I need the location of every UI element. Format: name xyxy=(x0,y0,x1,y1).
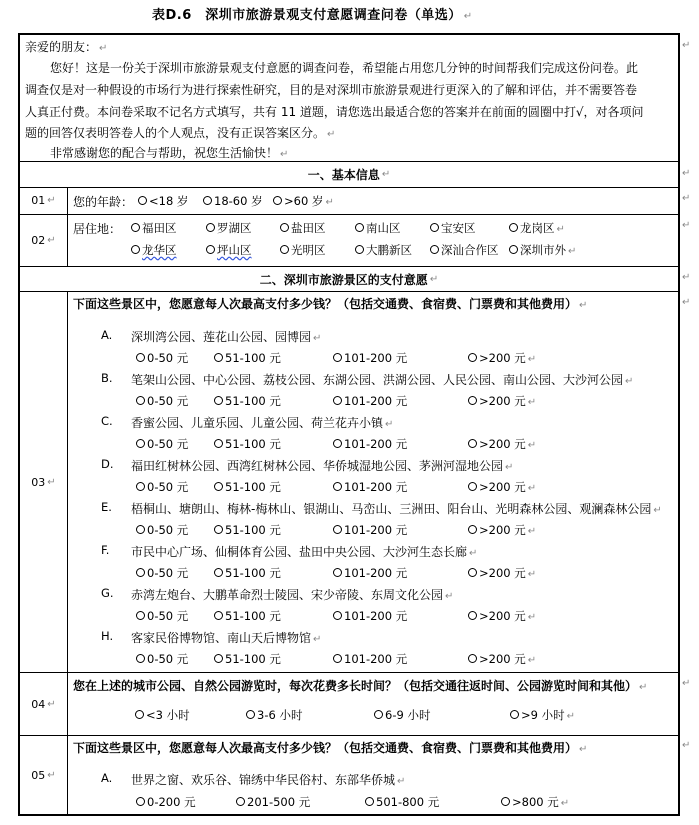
radio-circle-icon[interactable] xyxy=(468,396,477,405)
radio-circle-icon[interactable] xyxy=(136,525,145,534)
paragraph-mark-icon: ↵ xyxy=(469,548,477,559)
option-label: 101-200 元 xyxy=(344,609,407,623)
item-text: 笔架山公园、中心公园、荔枝公园、东湖公园、洪湖公园、人民公园、南山公园、大沙河公… xyxy=(131,373,623,387)
residence-option-baoan[interactable]: 宝安区 xyxy=(430,220,476,236)
item-letter: H. xyxy=(101,629,113,643)
price-option-101-200[interactable]: 101-200 元 xyxy=(333,608,407,624)
option-label: >200 元 xyxy=(479,566,526,580)
item-letter: A. xyxy=(101,771,112,785)
age-option-under-18[interactable]: <18 岁 xyxy=(138,193,188,209)
section-heading-basic-info: 一、基本信息↵ xyxy=(20,161,678,187)
radio-circle-icon[interactable] xyxy=(333,396,342,405)
radio-circle-icon[interactable] xyxy=(214,396,223,405)
section-heading-row: 一、基本信息↵ xyxy=(20,161,678,188)
option-label: 51-100 元 xyxy=(225,566,281,580)
item-letter: E. xyxy=(101,500,112,514)
price-option-51-100[interactable]: 51-100 元 xyxy=(214,393,281,409)
option-label: 0-50 元 xyxy=(147,566,188,580)
radio-circle-icon[interactable] xyxy=(214,353,223,362)
question-number: 05↵ xyxy=(20,736,68,814)
price-option-over-200[interactable]: >200 元↵ xyxy=(468,479,536,495)
option-label: >200 元 xyxy=(479,480,526,494)
price-option-over-200[interactable]: >200 元↵ xyxy=(468,608,536,624)
price-option-over-200[interactable]: >200 元↵ xyxy=(468,393,536,409)
residence-option-guangming[interactable]: 光明区 xyxy=(280,242,326,258)
question-row-03: 03↵ 下面这些景区中，您愿意每人次最高支付多少钱？（包括交通费、食宿费、门票费… xyxy=(20,292,678,673)
radio-circle-icon[interactable] xyxy=(214,568,223,577)
greeting: 亲爱的朋友：↵ xyxy=(25,38,107,55)
option-label: 101-200 元 xyxy=(344,652,407,666)
residence-option-yantian[interactable]: 盐田区 xyxy=(280,220,326,236)
price-option-0-50[interactable]: 0-50 元 xyxy=(136,436,188,452)
option-label: >200 元 xyxy=(479,437,526,451)
intro-paragraph-line: 题的回答仅表明答卷人的个人观点，没有正误答案区分。↵ xyxy=(25,124,335,141)
item-text: 福田红树林公园、西湾红树林公园、华侨城湿地公园、茅洲河湿地公园 xyxy=(131,459,503,473)
paragraph-mark-icon: ↵ xyxy=(528,569,536,580)
price-option-101-200[interactable]: 101-200 元 xyxy=(333,393,407,409)
option-label: 51-100 元 xyxy=(225,480,281,494)
paragraph-mark-icon: ↵ xyxy=(313,333,321,344)
option-label: >200 元 xyxy=(479,351,526,365)
radio-circle-icon[interactable] xyxy=(203,196,212,205)
price-option-0-50[interactable]: 0-50 元 xyxy=(136,522,188,538)
question-text: 下面这些景区中，您愿意每人次最高支付多少钱？（包括交通费、食宿费、门票费和其他费… xyxy=(73,739,587,756)
paragraph-mark-icon: ↵ xyxy=(682,297,690,308)
paragraph-mark-icon: ↵ xyxy=(625,376,633,387)
item-scenic-areas: 世界之窗、欢乐谷、锦绣中华民俗村、东部华侨城↵ xyxy=(131,771,405,788)
residence-option-outside-shenzhen[interactable]: 深圳市外↵ xyxy=(509,242,576,258)
item-letter: B. xyxy=(101,371,113,385)
paragraph-mark-icon: ↵ xyxy=(385,419,393,430)
option-label: >200 元 xyxy=(479,394,526,408)
paragraph-mark-icon: ↵ xyxy=(464,11,473,22)
option-label: 0-50 元 xyxy=(147,437,188,451)
radio-circle-icon[interactable] xyxy=(468,568,477,577)
residence-option-nanshan[interactable]: 南山区 xyxy=(355,220,401,236)
price-option-101-200[interactable]: 101-200 元 xyxy=(333,436,407,452)
radio-circle-icon[interactable] xyxy=(136,654,145,663)
radio-circle-icon[interactable] xyxy=(333,482,342,491)
residence-option-longgang[interactable]: 龙岗区↵ xyxy=(509,220,565,236)
time-option-6-9h[interactable]: 6-9 小时 xyxy=(374,707,430,723)
intro-row: 亲爱的朋友：↵ 您好！这是一份关于深圳市旅游景观支付意愿的调查问卷，希望能占用您… xyxy=(20,35,678,162)
radio-circle-icon[interactable] xyxy=(136,568,145,577)
item-text: 香蜜公园、儿童乐园、儿童公园、荷兰花卉小镇 xyxy=(131,416,383,430)
price-option-over-200[interactable]: >200 元↵ xyxy=(468,350,536,366)
price-option-over-800[interactable]: >800 元↵ xyxy=(501,794,569,810)
radio-circle-icon[interactable] xyxy=(214,482,223,491)
price-option-51-100[interactable]: 51-100 元 xyxy=(214,608,281,624)
thanks-line: 非常感谢您的配合与帮助，祝您生活愉快！↵ xyxy=(50,144,288,161)
radio-circle-icon[interactable] xyxy=(136,353,145,362)
radio-circle-icon[interactable] xyxy=(468,482,477,491)
intro-paragraph-line: 您好！这是一份关于深圳市旅游景观支付意愿的调查问卷，希望能占用您几分钟的时间帮我… xyxy=(50,59,638,76)
radio-circle-icon[interactable] xyxy=(333,568,342,577)
price-option-101-200[interactable]: 101-200 元 xyxy=(333,522,407,538)
paragraph-mark-icon: ↵ xyxy=(528,354,536,365)
item-scenic-areas: 福田红树林公园、西湾红树林公园、华侨城湿地公园、茅洲河湿地公园↵ xyxy=(131,457,513,474)
item-scenic-areas: 赤湾左炮台、大鹏革命烈士陵园、宋少帝陵、东周文化公园↵ xyxy=(131,586,453,603)
radio-circle-icon[interactable] xyxy=(333,611,342,620)
item-text: 市民中心广场、仙桐体育公园、盐田中央公园、大沙河生态长廊 xyxy=(131,545,467,559)
paragraph-mark-icon: ↵ xyxy=(682,678,690,689)
item-scenic-areas: 深圳湾公园、莲花山公园、园博园↵ xyxy=(131,328,321,345)
item-letter: F. xyxy=(101,543,109,557)
radio-circle-icon[interactable] xyxy=(136,611,145,620)
radio-circle-icon[interactable] xyxy=(136,439,145,448)
paragraph-mark-icon: ↵ xyxy=(682,272,690,283)
price-option-101-200[interactable]: 101-200 元 xyxy=(333,651,407,667)
document-title: 表D.6 深圳市旅游景观支付意愿调查问卷（单选）↵ xyxy=(152,4,473,23)
question-row-01: 01↵ 您的年龄： <18 岁 18-60 岁 >60 岁↵ xyxy=(20,187,678,215)
price-option-0-50[interactable]: 0-50 元 xyxy=(136,651,188,667)
paragraph-mark-icon: ↵ xyxy=(505,462,513,473)
paragraph-mark-icon: ↵ xyxy=(653,505,661,516)
radio-circle-icon[interactable] xyxy=(136,396,145,405)
paragraph-mark-icon: ↵ xyxy=(445,591,453,602)
item-letter: D. xyxy=(101,457,114,471)
paragraph-mark-icon: ↵ xyxy=(528,397,536,408)
time-option-under-3h[interactable]: <3 小时 xyxy=(135,707,190,723)
option-label: 101-200 元 xyxy=(344,394,407,408)
item-text: 梧桐山、塘朗山、梅林-梅林山、银湖山、马峦山、三洲田、阳台山、光明森林公园、观澜… xyxy=(131,502,651,516)
option-label: 51-100 元 xyxy=(225,351,281,365)
option-label: 51-100 元 xyxy=(225,609,281,623)
option-label: 51-100 元 xyxy=(225,437,281,451)
paragraph-mark-icon: ↵ xyxy=(313,634,321,645)
option-label: 0-50 元 xyxy=(147,351,188,365)
residence-label: 居住地： xyxy=(73,220,121,237)
radio-circle-icon[interactable] xyxy=(214,654,223,663)
residence-option-luohu[interactable]: 罗湖区 xyxy=(206,220,252,236)
price-option-101-200[interactable]: 101-200 元 xyxy=(333,479,407,495)
option-label: >200 元 xyxy=(479,609,526,623)
option-label: 0-50 元 xyxy=(147,609,188,623)
radio-circle-icon[interactable] xyxy=(136,482,145,491)
price-option-51-100[interactable]: 51-100 元 xyxy=(214,651,281,667)
item-text: 深圳湾公园、莲花山公园、园博园 xyxy=(131,330,311,344)
radio-circle-icon[interactable] xyxy=(214,611,223,620)
price-option-51-100[interactable]: 51-100 元 xyxy=(214,479,281,495)
age-option-18-60[interactable]: 18-60 岁 xyxy=(203,193,263,209)
option-label: 51-100 元 xyxy=(225,652,281,666)
option-label: 51-100 元 xyxy=(225,394,281,408)
option-label: 0-50 元 xyxy=(147,480,188,494)
paragraph-mark-icon: ↵ xyxy=(528,526,536,537)
price-option-501-800[interactable]: 501-800 元 xyxy=(365,794,439,810)
residence-option-dapeng[interactable]: 大鹏新区 xyxy=(355,242,412,258)
question-row-02: 02↵ 居住地： 福田区 罗湖区 盐田区 南山区 宝安区 龙岗区↵ 龙华区 坪山… xyxy=(20,215,678,267)
option-label: >200 元 xyxy=(479,652,526,666)
age-label: 您的年龄： xyxy=(73,193,133,210)
option-label: >200 元 xyxy=(479,523,526,537)
option-label: 0-50 元 xyxy=(147,523,188,537)
time-option-3-6h[interactable]: 3-6 小时 xyxy=(246,707,302,723)
question-number: 02↵ xyxy=(20,215,68,266)
price-option-0-50[interactable]: 0-50 元 xyxy=(136,608,188,624)
paragraph-mark-icon: ↵ xyxy=(682,220,690,231)
radio-circle-icon[interactable] xyxy=(468,654,477,663)
radio-circle-icon[interactable] xyxy=(468,439,477,448)
price-option-51-100[interactable]: 51-100 元 xyxy=(214,565,281,581)
price-option-101-200[interactable]: 101-200 元 xyxy=(333,350,407,366)
price-option-51-100[interactable]: 51-100 元 xyxy=(214,522,281,538)
price-option-51-100[interactable]: 51-100 元 xyxy=(214,436,281,452)
item-letter: C. xyxy=(101,414,113,428)
residence-option-longhua[interactable]: 龙华区 xyxy=(131,242,177,258)
paragraph-mark-icon: ↵ xyxy=(528,440,536,451)
paragraph-mark-icon: ↵ xyxy=(682,168,690,179)
item-letter: G. xyxy=(101,586,114,600)
option-label: 101-200 元 xyxy=(344,351,407,365)
time-option-over-9h[interactable]: >9 小时↵ xyxy=(510,707,575,723)
item-letter: A. xyxy=(101,328,112,342)
price-option-51-100[interactable]: 51-100 元 xyxy=(214,350,281,366)
item-text: 客家民俗博物馆、南山天后博物馆 xyxy=(131,631,311,645)
price-option-over-200[interactable]: >200 元↵ xyxy=(468,522,536,538)
price-option-0-200[interactable]: 0-200 元 xyxy=(136,794,196,810)
residence-option-futian[interactable]: 福田区 xyxy=(131,220,177,236)
paragraph-mark-icon: ↵ xyxy=(528,483,536,494)
option-label: 51-100 元 xyxy=(225,523,281,537)
paragraph-mark-icon: ↵ xyxy=(682,740,690,751)
question-row-05: 05↵ 下面这些景区中，您愿意每人次最高支付多少钱？（包括交通费、食宿费、门票费… xyxy=(20,736,678,814)
price-option-201-500[interactable]: 201-500 元 xyxy=(236,794,310,810)
price-option-over-200[interactable]: >200 元↵ xyxy=(468,651,536,667)
radio-circle-icon[interactable] xyxy=(333,353,342,362)
paragraph-mark-icon: ↵ xyxy=(528,655,536,666)
section-heading-payment-willingness: 二、深圳市旅游景区的支付意愿↵ xyxy=(20,267,678,291)
radio-circle-icon[interactable] xyxy=(214,525,223,534)
price-option-over-200[interactable]: >200 元↵ xyxy=(468,565,536,581)
title-text: 表D.6 深圳市旅游景观支付意愿调查问卷（单选） xyxy=(152,8,462,23)
option-label: 101-200 元 xyxy=(344,437,407,451)
paragraph-mark-icon: ↵ xyxy=(682,193,690,204)
question-number: 01↵ xyxy=(20,187,68,214)
question-number: 03↵ xyxy=(20,292,68,672)
paragraph-mark-icon: ↵ xyxy=(682,40,690,51)
item-scenic-areas: 笔架山公园、中心公园、荔枝公园、东湖公园、洪湖公园、人民公园、南山公园、大沙河公… xyxy=(131,371,633,388)
item-text: 赤湾左炮台、大鹏革命烈士陵园、宋少帝陵、东周文化公园 xyxy=(131,588,443,602)
paragraph-mark-icon: ↵ xyxy=(528,612,536,623)
question-text: 您在上述的城市公园、自然公园游览时，每次花费多长时间？（包括交通往返时间、公园游… xyxy=(73,677,647,694)
option-label: 0-50 元 xyxy=(147,652,188,666)
item-scenic-areas: 香蜜公园、儿童乐园、儿童公园、荷兰花卉小镇↵ xyxy=(131,414,393,431)
radio-circle-icon[interactable] xyxy=(468,611,477,620)
option-label: 101-200 元 xyxy=(344,566,407,580)
price-option-0-50[interactable]: 0-50 元 xyxy=(136,565,188,581)
radio-circle-icon[interactable] xyxy=(214,439,223,448)
price-option-0-50[interactable]: 0-50 元 xyxy=(136,393,188,409)
section-heading-row: 二、深圳市旅游景区的支付意愿↵ xyxy=(20,267,678,292)
option-label: 101-200 元 xyxy=(344,480,407,494)
item-scenic-areas: 梧桐山、塘朗山、梅林-梅林山、银湖山、马峦山、三洲田、阳台山、光明森林公园、观澜… xyxy=(131,500,662,517)
radio-circle-icon[interactable] xyxy=(468,353,477,362)
price-option-over-200[interactable]: >200 元↵ xyxy=(468,436,536,452)
price-option-0-50[interactable]: 0-50 元 xyxy=(136,479,188,495)
intro-paragraph-line: 调查仅是对一种假设的市场行为进行探索性研究，目的是对深圳市旅游景观进行更深入的了… xyxy=(25,81,637,98)
question-row-04: 04↵ 您在上述的城市公园、自然公园游览时，每次花费多长时间？（包括交通往返时间… xyxy=(20,673,678,736)
item-scenic-areas: 市民中心广场、仙桐体育公园、盐田中央公园、大沙河生态长廊↵ xyxy=(131,543,477,560)
radio-circle-icon[interactable] xyxy=(333,654,342,663)
option-label: 0-50 元 xyxy=(147,394,188,408)
radio-circle-icon[interactable] xyxy=(273,196,282,205)
price-option-101-200[interactable]: 101-200 元 xyxy=(333,565,407,581)
question-text: 下面这些景区中，您愿意每人次最高支付多少钱？（包括交通费、食宿费、门票费和其他费… xyxy=(73,295,587,312)
radio-circle-icon[interactable] xyxy=(333,525,342,534)
intro-paragraph-line: 人真正付费。本问卷采取不记名方式填写，共有 11 道题，请您选出最适合您的答案并… xyxy=(25,103,644,120)
questionnaire-table: 亲爱的朋友：↵ 您好！这是一份关于深圳市旅游景观支付意愿的调查问卷，希望能占用您… xyxy=(18,33,680,816)
item-scenic-areas: 客家民俗博物馆、南山天后博物馆↵ xyxy=(131,629,321,646)
price-option-0-50[interactable]: 0-50 元 xyxy=(136,350,188,366)
radio-circle-icon[interactable] xyxy=(468,525,477,534)
residence-option-pingshan[interactable]: 坪山区 xyxy=(206,242,252,258)
option-label: 101-200 元 xyxy=(344,523,407,537)
residence-option-shenshan[interactable]: 深汕合作区 xyxy=(430,242,499,258)
age-option-over-60[interactable]: >60 岁↵ xyxy=(273,193,334,209)
radio-circle-icon[interactable] xyxy=(333,439,342,448)
question-number: 04↵ xyxy=(20,673,68,735)
radio-circle-icon[interactable] xyxy=(138,196,147,205)
